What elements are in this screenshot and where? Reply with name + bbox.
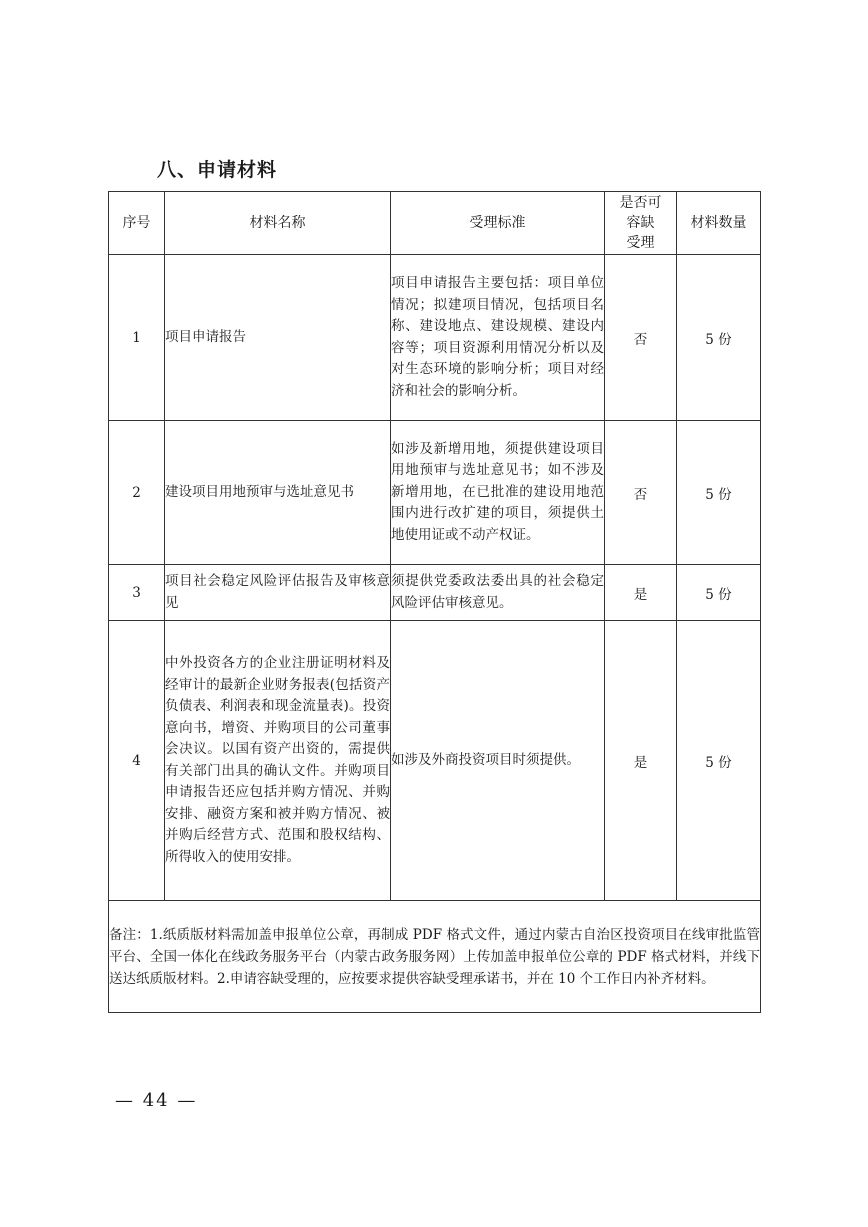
header-waivable-line: 是否可 — [605, 193, 676, 213]
header-index: 序号 — [109, 192, 165, 255]
row-name: 建设项目用地预审与选址意见书 — [165, 421, 391, 565]
materials-table: 序号 材料名称 受理标准 是否可 容缺 受理 材料数量 1 项目申请报告 项目申… — [108, 191, 761, 1013]
row-quantity: 5 份 — [677, 421, 761, 565]
header-waivable: 是否可 容缺 受理 — [605, 192, 677, 255]
row-index: 4 — [109, 621, 165, 901]
table-header-row: 序号 材料名称 受理标准 是否可 容缺 受理 材料数量 — [109, 192, 761, 255]
table-row: 1 项目申请报告 项目申请报告主要包括：项目单位情况；拟建项目情况，包括项目名称… — [109, 255, 761, 421]
row-standard: 如涉及新增用地，须提供建设项目用地预审与选址意见书；如不涉及新增用地，在已批准的… — [391, 421, 605, 565]
table-row: 3 项目社会稳定风险评估报告及审核意见 须提供党委政法委出具的社会稳定风险评估审… — [109, 565, 761, 621]
header-quantity: 材料数量 — [677, 192, 761, 255]
table-row: 4 中外投资各方的企业注册证明材料及经审计的最新企业财务报表(包括资产负债表、利… — [109, 621, 761, 901]
row-standard: 项目申请报告主要包括：项目单位情况；拟建项目情况，包括项目名称、建设地点、建设规… — [391, 255, 605, 421]
note-row: 备注：1.纸质版材料需加盖申报单位公章，再制成 PDF 格式文件，通过内蒙古自治… — [109, 901, 761, 1013]
row-waivable: 否 — [605, 421, 677, 565]
row-waivable: 否 — [605, 255, 677, 421]
table-note: 备注：1.纸质版材料需加盖申报单位公章，再制成 PDF 格式文件，通过内蒙古自治… — [109, 901, 761, 1013]
row-waivable: 是 — [605, 621, 677, 901]
row-quantity: 5 份 — [677, 255, 761, 421]
header-waivable-line: 容缺 — [605, 213, 676, 233]
row-quantity: 5 份 — [677, 565, 761, 621]
row-waivable: 是 — [605, 565, 677, 621]
header-name: 材料名称 — [165, 192, 391, 255]
row-quantity: 5 份 — [677, 621, 761, 901]
row-standard: 如涉及外商投资项目时须提供。 — [391, 621, 605, 901]
row-index: 1 — [109, 255, 165, 421]
table-row: 2 建设项目用地预审与选址意见书 如涉及新增用地，须提供建设项目用地预审与选址意… — [109, 421, 761, 565]
row-standard: 须提供党委政法委出具的社会稳定风险评估审核意见。 — [391, 565, 605, 621]
row-index: 2 — [109, 421, 165, 565]
row-name: 项目申请报告 — [165, 255, 391, 421]
row-name: 中外投资各方的企业注册证明材料及经审计的最新企业财务报表(包括资产负债表、利润表… — [165, 621, 391, 901]
row-name: 项目社会稳定风险评估报告及审核意见 — [165, 565, 391, 621]
page-number: — 44 — — [115, 1090, 197, 1111]
section-title: 八、申请材料 — [157, 155, 277, 182]
header-waivable-line: 受理 — [605, 233, 676, 253]
row-index: 3 — [109, 565, 165, 621]
header-standard: 受理标准 — [391, 192, 605, 255]
